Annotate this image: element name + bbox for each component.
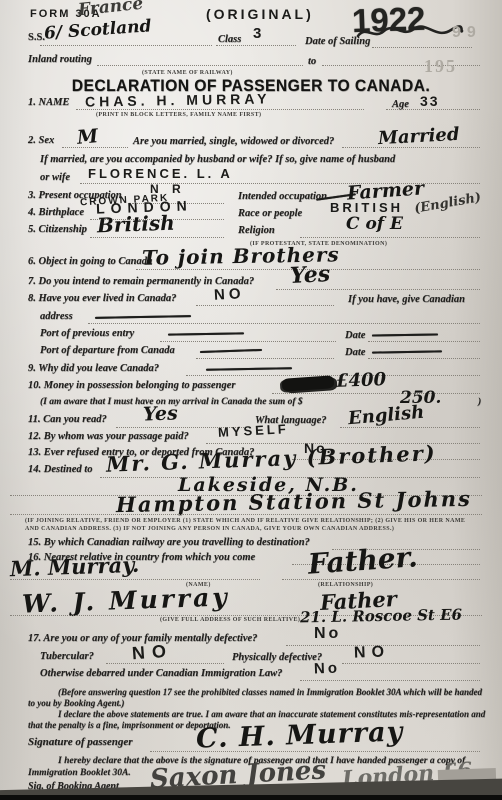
dotted-line bbox=[386, 108, 480, 110]
corner-marks: 99 bbox=[452, 24, 482, 42]
dotted-line bbox=[40, 44, 212, 46]
q10-note-post: ) bbox=[478, 397, 481, 407]
q8-tail: If you have, give Canadian bbox=[348, 294, 465, 305]
q12-label: 12. By whom was your passage paid? bbox=[28, 431, 189, 442]
q17-value: No bbox=[314, 625, 341, 643]
strike-mark bbox=[95, 315, 191, 319]
dotted-line bbox=[368, 357, 480, 359]
q16-address-caption: (GIVE FULL ADDRESS OF SUCH RELATIVE) bbox=[160, 617, 300, 623]
q14-destined-line1: Mr. G. Murray (Brother) bbox=[106, 440, 437, 477]
strike-mark bbox=[200, 349, 262, 353]
class-value: 3 bbox=[253, 25, 261, 42]
dotted-line bbox=[76, 108, 364, 110]
doc-number-stamp: 195 bbox=[424, 56, 457, 77]
dotted-line bbox=[300, 679, 480, 681]
q4-race-label: Race or people bbox=[238, 208, 302, 219]
sailing-label: Date of Sailing bbox=[305, 36, 370, 47]
dotted-line bbox=[10, 513, 482, 515]
to-label: to bbox=[308, 56, 316, 67]
q2-wife-label: or wife bbox=[40, 172, 70, 183]
q8-port-departure-label: Port of departure from Canada bbox=[40, 345, 175, 356]
q16-name-value: M. Murray. bbox=[10, 552, 140, 581]
q8-date2-label: Date bbox=[345, 347, 365, 358]
q14-note: (IF JOINING RELATIVE, FRIEND OR EMPLOYER… bbox=[25, 518, 480, 533]
dotted-line bbox=[62, 146, 128, 148]
passenger-signature-label: Signature of passenger bbox=[28, 736, 133, 748]
q8-label: 8. Have you ever lived in Canada? bbox=[28, 293, 176, 304]
dotted-line bbox=[160, 340, 336, 342]
q2-marital-label: Are you married, single, widowed or divo… bbox=[133, 136, 334, 147]
dotted-line bbox=[282, 578, 480, 580]
q4-label: 4. Birthplace bbox=[28, 207, 84, 218]
dotted-line bbox=[342, 662, 480, 664]
scanned-declaration-form: FORM 30A France (ORIGINAL) 1922 99 S.S. … bbox=[0, 0, 502, 800]
ss-value: 6/ Scotland bbox=[43, 16, 152, 43]
dotted-line bbox=[186, 374, 480, 376]
dotted-line bbox=[342, 146, 480, 148]
q17-physical-value: NO bbox=[354, 643, 391, 662]
q10-value: £400 bbox=[336, 369, 387, 392]
q2-line2: If married, are you accompanied by husba… bbox=[40, 154, 395, 165]
dotted-line bbox=[90, 236, 224, 238]
q8-date-label: Date bbox=[345, 330, 365, 341]
q7-label: 7. Do you intend to remain permanently i… bbox=[28, 276, 254, 287]
strike-mark bbox=[206, 367, 292, 371]
strike-mark bbox=[168, 332, 244, 336]
scan-edge-shadow bbox=[0, 795, 502, 800]
dotted-line bbox=[368, 340, 480, 342]
q7-value: Yes bbox=[289, 261, 330, 289]
dotted-line bbox=[340, 426, 480, 428]
dotted-line bbox=[106, 662, 224, 664]
q3-intended-label: Intended occupation bbox=[238, 191, 327, 202]
q4-race-value: BRITISH bbox=[330, 200, 403, 215]
booklet-note: (Before answering question 17 see the pr… bbox=[28, 687, 488, 710]
ss-label: S.S. bbox=[28, 32, 45, 43]
inland-routing-label: Inland routing bbox=[28, 54, 92, 65]
q1-age-value: 33 bbox=[420, 93, 440, 109]
q11-label: 11. Can you read? bbox=[28, 414, 107, 425]
dotted-line bbox=[196, 304, 334, 306]
q15-label: 15. By which Canadian railway are you tr… bbox=[28, 537, 310, 548]
strike-mark bbox=[372, 350, 442, 353]
q17-debarred-label: Otherwise debarred under Canadian Immigr… bbox=[40, 668, 282, 679]
q14-label: 14. Destined to bbox=[28, 464, 92, 475]
q5-label: 5. Citizenship bbox=[28, 224, 87, 235]
q5-religion-value: C of E bbox=[346, 214, 403, 234]
q17-tubercular-value: NO bbox=[131, 641, 173, 665]
dotted-line bbox=[88, 322, 480, 324]
q1-note: (PRINT IN BLOCK LETTERS, FAMILY NAME FIR… bbox=[96, 112, 261, 118]
original-label: (ORIGINAL) bbox=[206, 6, 314, 22]
q17-physical-label: Physically defective? bbox=[232, 652, 322, 663]
passenger-signature: C. H. Murray bbox=[196, 716, 404, 754]
q5-religion-label: Religion bbox=[238, 225, 275, 236]
q11-value: Yes bbox=[143, 402, 178, 425]
q8-address-label: address bbox=[40, 311, 73, 322]
q17-debarred-value: No bbox=[314, 660, 341, 678]
q16-relative-address: 21. L. Roscoe St E6 bbox=[300, 606, 462, 627]
strike-mark bbox=[372, 333, 438, 336]
q8-value: NO bbox=[214, 285, 245, 304]
dotted-line bbox=[216, 44, 296, 46]
q2-wife-value: FLORENCE. L. A bbox=[88, 166, 233, 181]
dotted-line bbox=[276, 288, 480, 290]
q1-name-value: CHAS. H. MURRAY bbox=[85, 90, 271, 109]
q2-label: 2. Sex bbox=[28, 135, 54, 146]
dotted-line bbox=[300, 236, 480, 238]
q6-label: 6. Object in going to Canada bbox=[28, 256, 152, 267]
dotted-line bbox=[372, 46, 472, 48]
q1-label: 1. NAME bbox=[28, 97, 69, 108]
q9-label: 9. Why did you leave Canada? bbox=[28, 363, 159, 374]
q8-port-entry-label: Port of previous entry bbox=[40, 328, 134, 339]
q16-relationship-value: Father. bbox=[307, 540, 419, 581]
ink-scribble bbox=[282, 375, 335, 392]
dotted-line bbox=[272, 392, 480, 394]
dotted-line bbox=[10, 578, 260, 580]
dotted-line bbox=[196, 357, 334, 359]
sailing-date-scribble bbox=[356, 22, 464, 44]
q12-value: MYSELF bbox=[218, 421, 289, 440]
q5-value: British bbox=[97, 211, 175, 238]
q17-tubercular-label: Tubercular? bbox=[40, 651, 94, 662]
q10-label: 10. Money in possession belonging to pas… bbox=[28, 380, 235, 391]
dotted-line bbox=[97, 64, 303, 66]
